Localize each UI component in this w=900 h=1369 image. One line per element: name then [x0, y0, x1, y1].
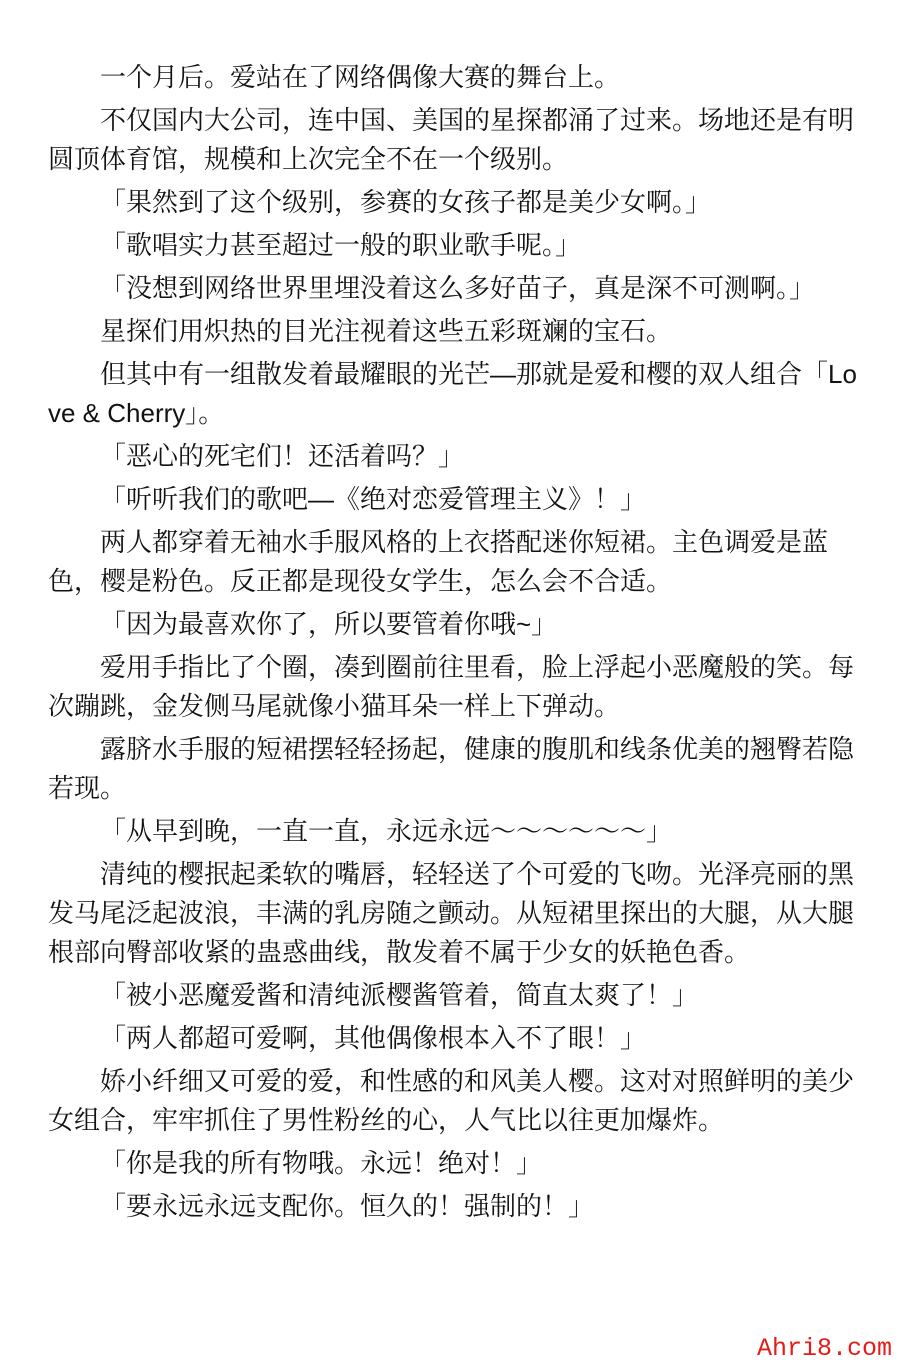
- site-watermark: Ahri8.com: [757, 1334, 892, 1363]
- paragraph: 露脐水手服的短裙摆轻轻扬起，健康的腹肌和线条优美的翘臀若隐若现。: [48, 730, 860, 808]
- paragraph: 爱用手指比了个圈，凑到圈前往里看，脸上浮起小恶魔般的笑。每次蹦跳，金发侧马尾就像…: [48, 648, 860, 726]
- paragraph: 「歌唱实力甚至超过一般的职业歌手呢。」: [48, 226, 860, 265]
- paragraph: 「两人都超可爱啊，其他偶像根本入不了眼！」: [48, 1019, 860, 1058]
- paragraph: 「没想到网络世界里埋没着这么多好苗子，真是深不可测啊。」: [48, 269, 860, 308]
- paragraph: 「听听我们的歌吧—《绝对恋爱管理主义》！」: [48, 480, 860, 519]
- paragraph: 但其中有一组散发着最耀眼的光芒—那就是爱和樱的双人组合「Love & Cherr…: [48, 355, 860, 433]
- novel-page: 一个月后。爱站在了网络偶像大赛的舞台上。 不仅国内大公司，连中国、美国的星探都涌…: [0, 0, 900, 1369]
- paragraph: 不仅国内大公司，连中国、美国的星探都涌了过来。场地还是有明圆顶体育馆，规模和上次…: [48, 101, 860, 179]
- paragraph: 清纯的樱抿起柔软的嘴唇，轻轻送了个可爱的飞吻。光泽亮丽的黑发马尾泛起波浪，丰满的…: [48, 855, 860, 972]
- page-content: 一个月后。爱站在了网络偶像大赛的舞台上。 不仅国内大公司，连中国、美国的星探都涌…: [48, 58, 860, 1230]
- paragraph: 「果然到了这个级别，参赛的女孩子都是美少女啊。」: [48, 183, 860, 222]
- paragraph: 「因为最喜欢你了，所以要管着你哦~」: [48, 605, 860, 644]
- paragraph: 「从早到晚，一直一直，永远永远～～～～～～」: [48, 812, 860, 851]
- paragraph: 一个月后。爱站在了网络偶像大赛的舞台上。: [48, 58, 860, 97]
- paragraph: 「被小恶魔爱酱和清纯派樱酱管着，简直太爽了！」: [48, 976, 860, 1015]
- paragraph: 两人都穿着无袖水手服风格的上衣搭配迷你短裙。主色调爱是蓝色，樱是粉色。反正都是现…: [48, 523, 860, 601]
- paragraph: 星探们用炽热的目光注视着这些五彩斑斓的宝石。: [48, 312, 860, 351]
- paragraph: 娇小纤细又可爱的爱，和性感的和风美人樱。这对对照鲜明的美少女组合，牢牢抓住了男性…: [48, 1062, 860, 1140]
- paragraph: 「你是我的所有物哦。永远！绝对！」: [48, 1144, 860, 1183]
- paragraph: 「恶心的死宅们！还活着吗？」: [48, 437, 860, 476]
- paragraph: 「要永远永远支配你。恒久的！强制的！」: [48, 1187, 860, 1226]
